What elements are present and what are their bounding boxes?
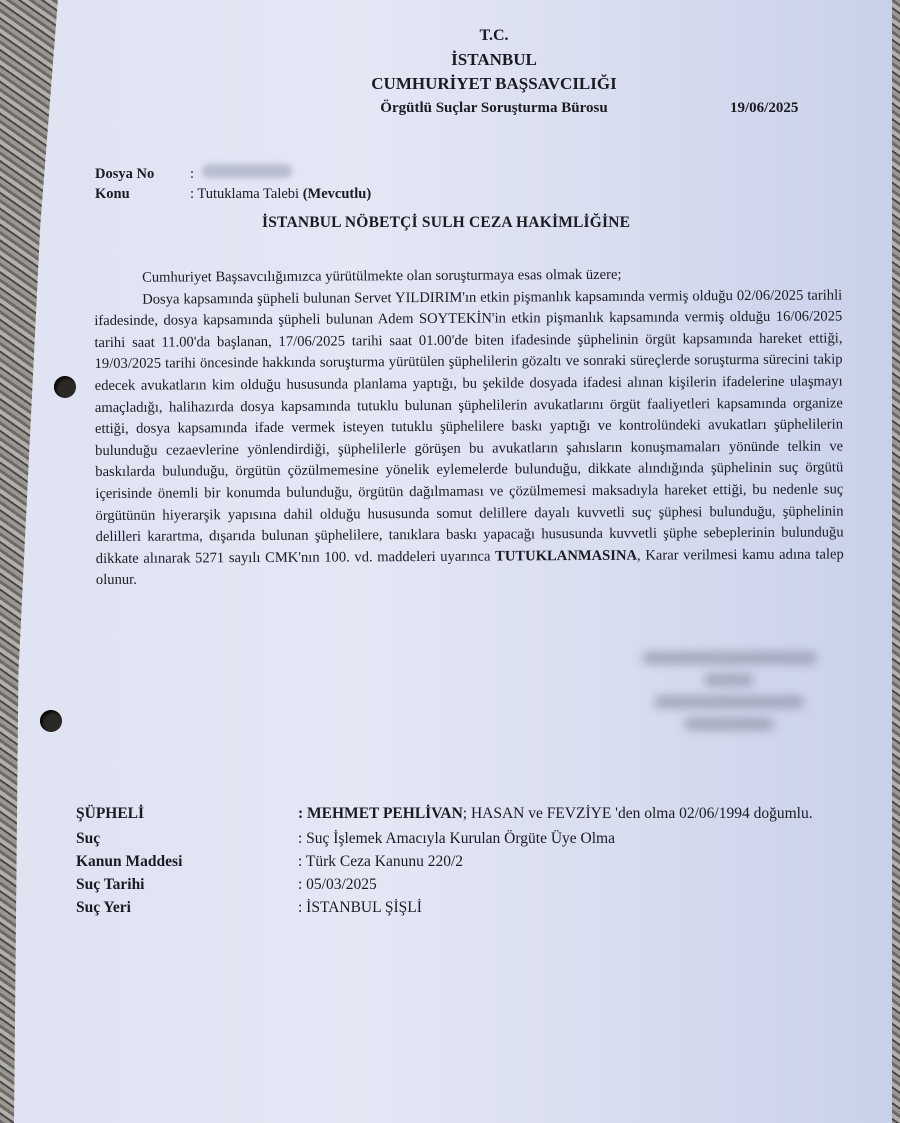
addressee: İSTANBUL NÖBETÇİ SULH CEZA HAKİMLİĞİNE bbox=[262, 214, 630, 232]
document-body: Cumhuriyet Başsavcılığımızca yürütülmekt… bbox=[94, 263, 844, 591]
letterhead: T.C. İSTANBUL CUMHURİYET BAŞSAVCILIĞI Ör… bbox=[314, 24, 674, 120]
suspect-details: ŞÜPHELİ : MEHMET PEHLİVAN; HASAN ve FEVZ… bbox=[76, 802, 866, 919]
redacted-signature bbox=[629, 652, 829, 740]
document-page: T.C. İSTANBUL CUMHURİYET BAŞSAVCILIĞI Ör… bbox=[14, 0, 892, 1123]
file-meta: Dosya No : Konu : Tutuklama Talebi (Mevc… bbox=[95, 164, 371, 204]
punch-hole bbox=[54, 376, 76, 398]
crime-date-label: Suç Tarihi bbox=[76, 873, 298, 896]
main-text: Dosya kapsamında şüpheli bulunan Servet … bbox=[94, 287, 843, 567]
suspect-name: : MEHMET PEHLİVAN bbox=[298, 805, 463, 822]
document-date: 19/06/2025 bbox=[730, 100, 798, 117]
redacted-file-number bbox=[202, 164, 292, 178]
main-paragraph: Dosya kapsamında şüpheli bulunan Servet … bbox=[94, 285, 844, 592]
crime-place-label: Suç Yeri bbox=[76, 896, 298, 919]
suspect-value: : MEHMET PEHLİVAN; HASAN ve FEVZİYE 'den… bbox=[298, 802, 838, 825]
subject-value: : Tutuklama Talebi bbox=[190, 184, 303, 204]
suspect-details-text: ; HASAN ve FEVZİYE 'den olma 02/06/1994 … bbox=[463, 805, 813, 822]
file-no-colon: : bbox=[190, 164, 194, 184]
punch-hole bbox=[40, 710, 62, 732]
law-label: Kanun Maddesi bbox=[76, 850, 298, 873]
file-no-label: Dosya No bbox=[95, 164, 190, 184]
letterhead-line: Örgütlü Suçlar Soruşturma Bürosu bbox=[314, 96, 674, 120]
crime-place-value: : İSTANBUL ŞİŞLİ bbox=[298, 896, 838, 919]
letterhead-line: CUMHURİYET BAŞSAVCILIĞI bbox=[314, 72, 674, 96]
decision-text: TUTUKLANMASINA bbox=[495, 547, 637, 564]
crime-label: Suç bbox=[76, 827, 298, 850]
subject-qualifier: (Mevcutlu) bbox=[303, 184, 371, 204]
letterhead-line: İSTANBUL bbox=[314, 48, 674, 72]
letterhead-line: T.C. bbox=[314, 24, 674, 48]
subject-label: Konu bbox=[95, 184, 190, 204]
law-value: : Türk Ceza Kanunu 220/2 bbox=[298, 850, 838, 873]
suspect-label: ŞÜPHELİ bbox=[76, 802, 298, 825]
crime-value: : Suç İşlemek Amacıyla Kurulan Örgüte Üy… bbox=[298, 827, 838, 850]
crime-date-value: : 05/03/2025 bbox=[298, 873, 838, 896]
